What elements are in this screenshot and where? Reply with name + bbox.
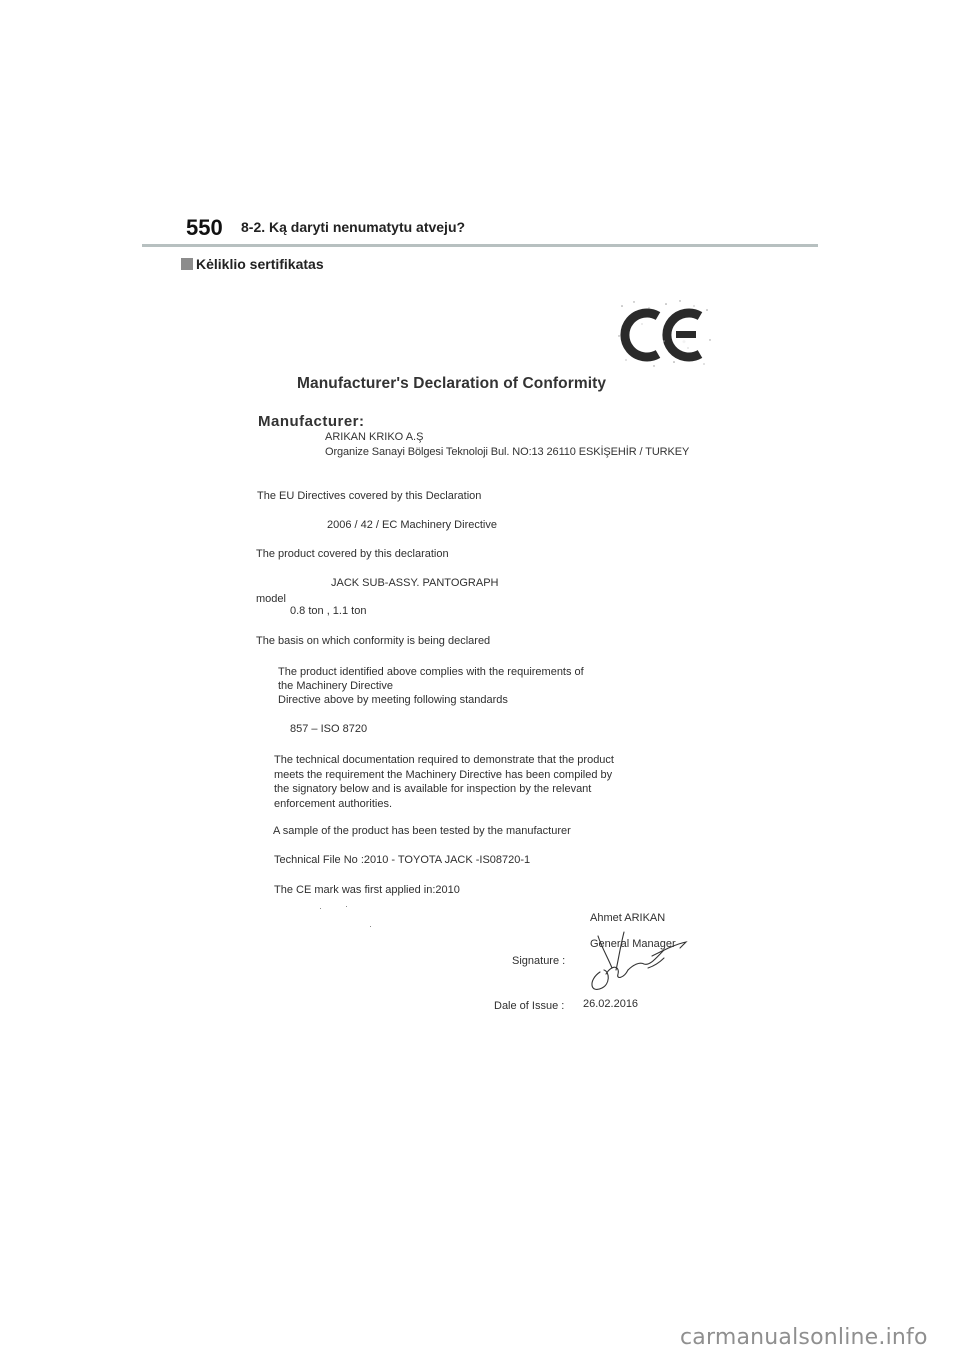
sample-statement: A sample of the product has been tested … — [273, 825, 571, 837]
header-divider — [142, 244, 818, 247]
product-heading: The product covered by this declaration — [256, 548, 449, 560]
subsection-title: Kėliklio sertifikatas — [196, 256, 324, 272]
techdoc-line: the signatory below and is available for… — [274, 782, 614, 797]
issue-date-label: Dale of Issue : — [494, 1000, 564, 1012]
techdoc-line: meets the requirement the Machinery Dire… — [274, 768, 614, 783]
scan-speck — [346, 906, 347, 907]
subsection-heading: Kėliklio sertifikatas — [181, 256, 324, 272]
scan-speck — [320, 908, 321, 909]
gray-square-bullet-icon — [181, 258, 193, 270]
signatory-name: Ahmet ARIKAN — [590, 912, 665, 924]
manufacturer-label: Manufacturer: — [258, 413, 365, 430]
manufacturer-address: Organize Sanayi Bölgesi Teknoloji Bul. N… — [325, 446, 689, 458]
ce-mark-icon — [614, 296, 714, 372]
section-title: 8-2. Ką daryti nenumatytu atveju? — [241, 219, 465, 235]
technical-file-number: Technical File No :2010 - TOYOTA JACK -I… — [274, 854, 530, 866]
techdoc-line: enforcement authorities. — [274, 797, 614, 812]
techdoc-line: The technical documentation required to … — [274, 753, 614, 768]
basis-line: Directive above by meeting following sta… — [278, 693, 618, 707]
technical-documentation-statement: The technical documentation required to … — [274, 753, 614, 811]
certificate-title: Manufacturer's Declaration of Conformity — [297, 375, 606, 393]
basis-line: The product identified above complies wi… — [278, 665, 618, 679]
eu-directives-heading: The EU Directives covered by this Declar… — [257, 490, 481, 502]
watermark: carmanualsonline.info — [680, 1325, 928, 1350]
basis-line: the Machinery Directive — [278, 679, 618, 693]
manufacturer-name: ARIKAN KRIKO A.Ş — [325, 431, 423, 443]
page-number: 550 — [186, 215, 223, 241]
model-label: model — [256, 593, 286, 605]
model-value: 0.8 ton , 1.1 ton — [290, 605, 366, 617]
scan-speck — [370, 926, 371, 927]
ce-applied-statement: The CE mark was first applied in:2010 — [274, 884, 460, 896]
basis-heading: The basis on which conformity is being d… — [256, 635, 490, 647]
issue-date: 26.02.2016 — [583, 998, 638, 1010]
basis-statement: The product identified above complies wi… — [278, 665, 618, 707]
eu-directive: 2006 / 42 / EC Machinery Directive — [327, 519, 497, 531]
signature-scribble-icon — [580, 928, 690, 1003]
standard: 857 – ISO 8720 — [290, 723, 367, 735]
product-name: JACK SUB-ASSY. PANTOGRAPH — [331, 577, 499, 589]
signature-label: Signature : — [512, 955, 565, 967]
